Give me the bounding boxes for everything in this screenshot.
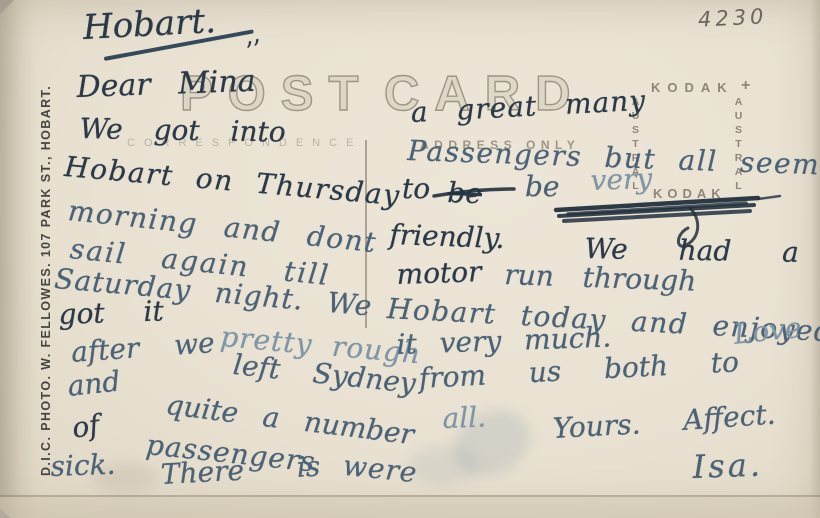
handwritten-line: all. <box>442 400 487 434</box>
postcard-back: POST CARD CORRESPONDENCE ADDRESS ONLY KO… <box>0 0 820 518</box>
heading-tick-marks: ,, <box>240 20 262 51</box>
paper-edge-shadow-left <box>0 0 36 518</box>
ink-smudge <box>408 445 478 485</box>
paper-edge-shadow-right <box>810 0 820 518</box>
pencil-catalog-number: 4230 <box>697 4 768 32</box>
clipped-corner <box>0 508 10 518</box>
handwritten-line: Love <box>732 311 803 351</box>
clipped-corner <box>0 0 14 14</box>
handwritten-line: got it <box>58 294 164 331</box>
handwritten-line: and <box>66 364 122 402</box>
handwritten-line: sick. <box>50 448 116 483</box>
handwritten-line: There is <box>160 450 321 491</box>
stamp-box-kodak-top: KODAK <box>651 80 734 95</box>
stamp-box-plus: + <box>741 77 750 95</box>
ink-crossout-scribble <box>428 178 788 268</box>
handwritten-line: We got into <box>79 112 286 149</box>
handwritten-line: to <box>402 172 430 205</box>
handwritten-line: Affect. <box>682 398 777 437</box>
paper-edge-bottom <box>0 497 820 518</box>
handwritten-line: Dear Mina <box>76 64 256 105</box>
handwritten-line: Yours. <box>552 407 641 445</box>
signature-isa: Isa. <box>692 446 764 486</box>
handwritten-line: after we <box>70 326 216 369</box>
handwritten-line: of <box>70 408 102 444</box>
